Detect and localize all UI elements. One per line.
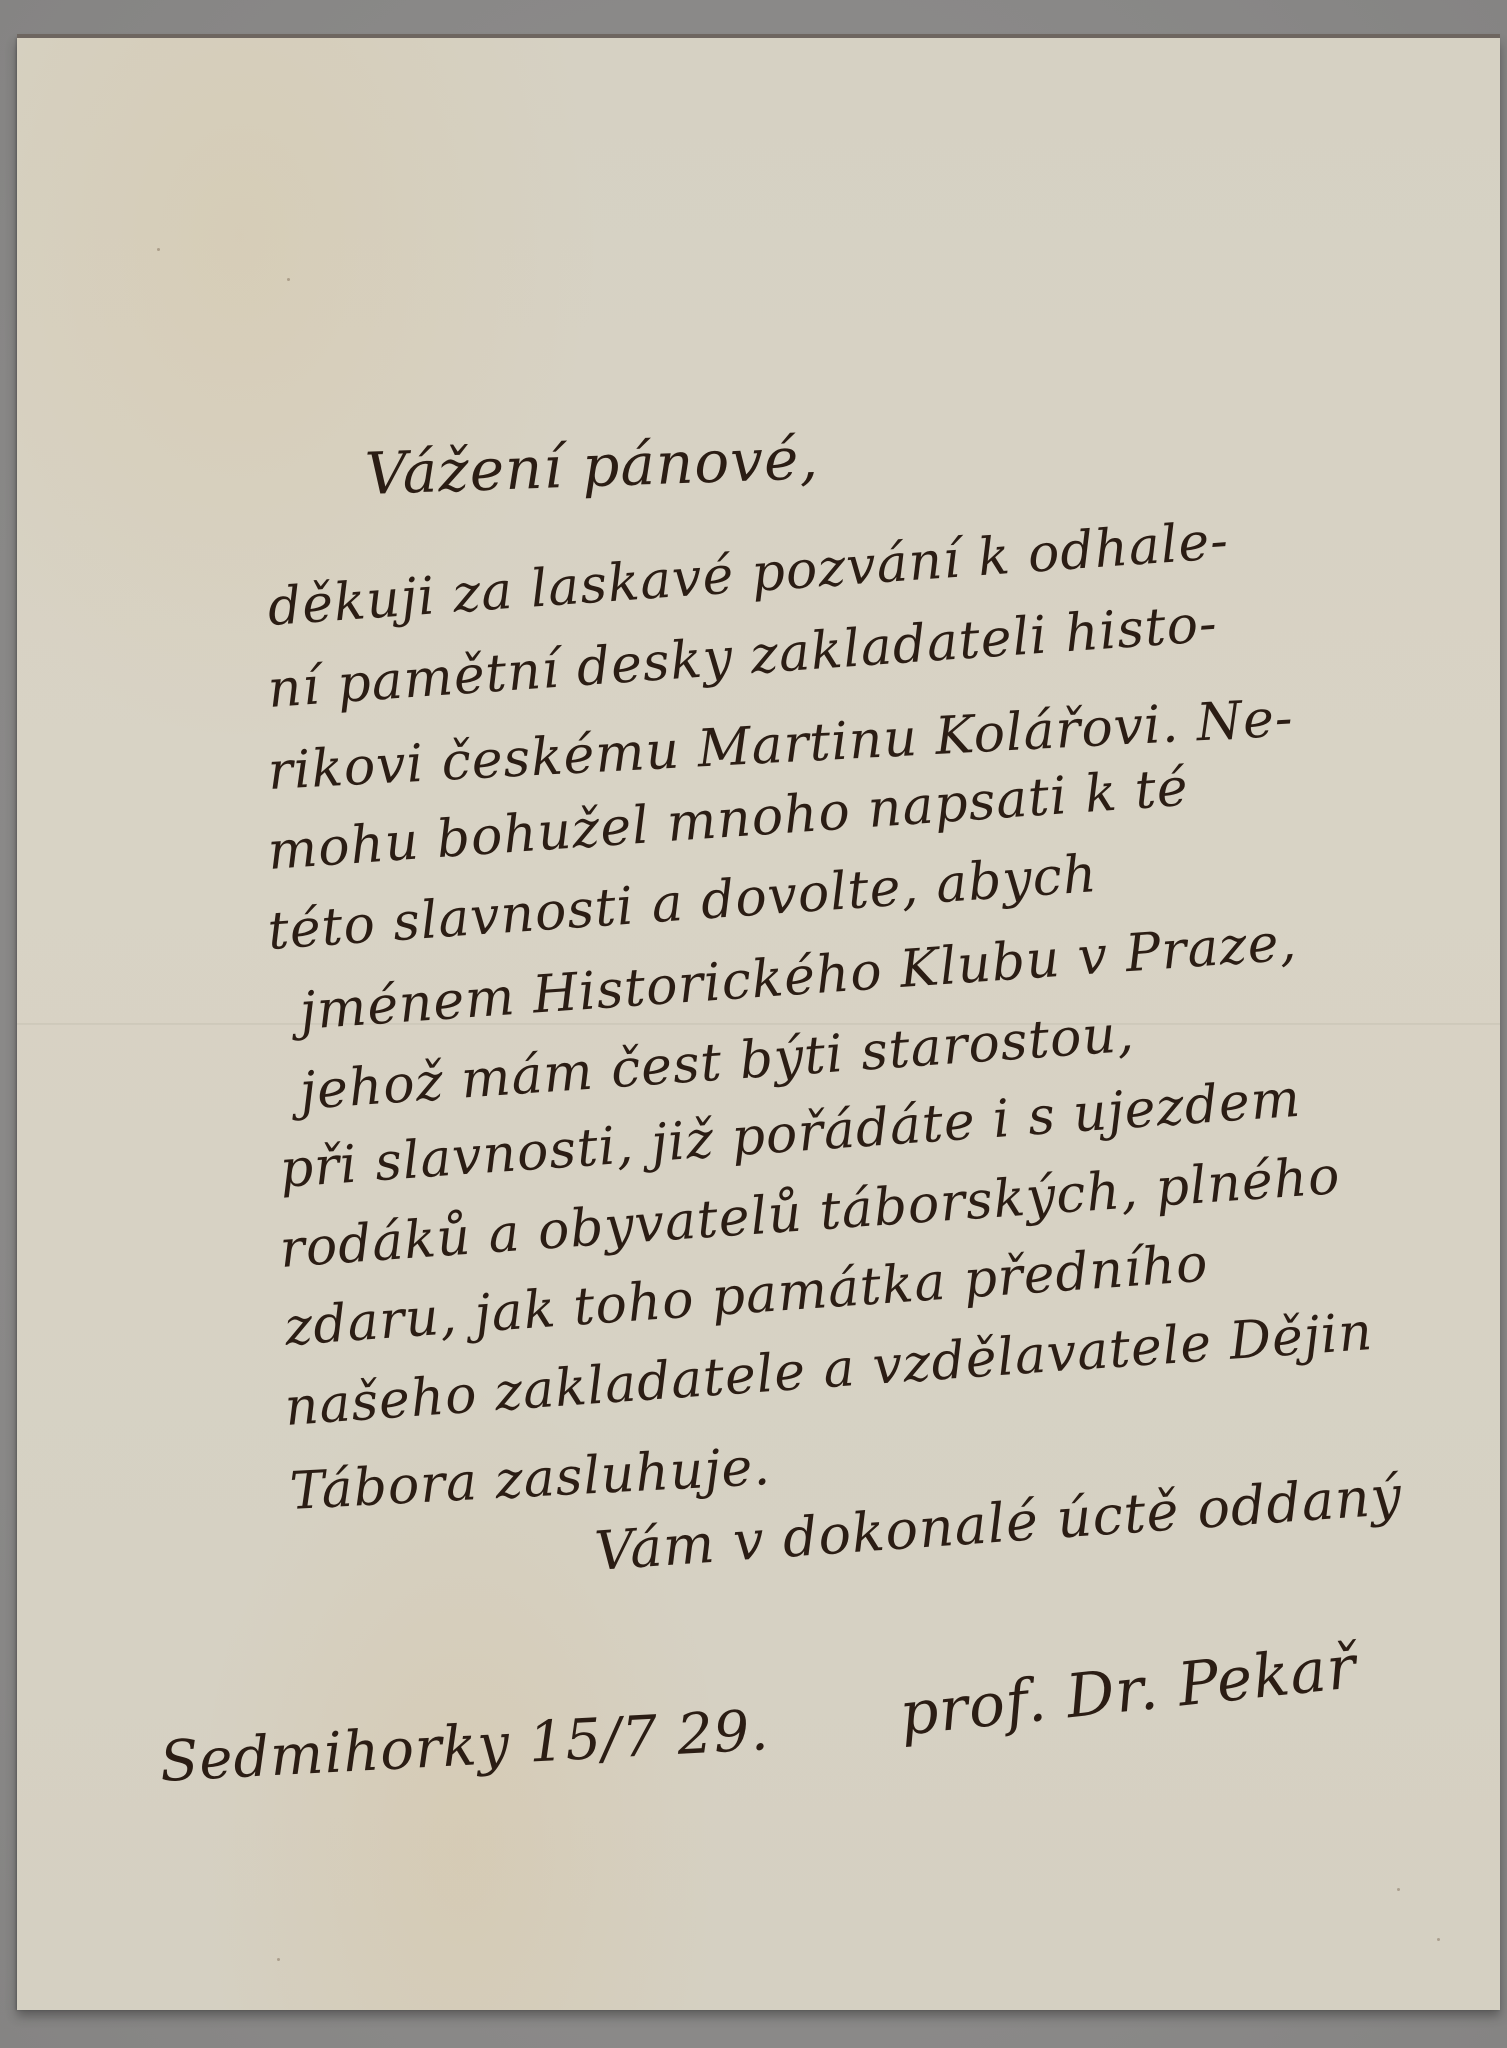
paper-speck (157, 248, 160, 251)
paper-speck (1397, 1888, 1400, 1891)
paper-speck (287, 278, 290, 281)
paper-speck (277, 1958, 280, 1961)
paper-fold-crease (17, 1023, 1500, 1025)
paper-speck (1437, 1938, 1440, 1941)
